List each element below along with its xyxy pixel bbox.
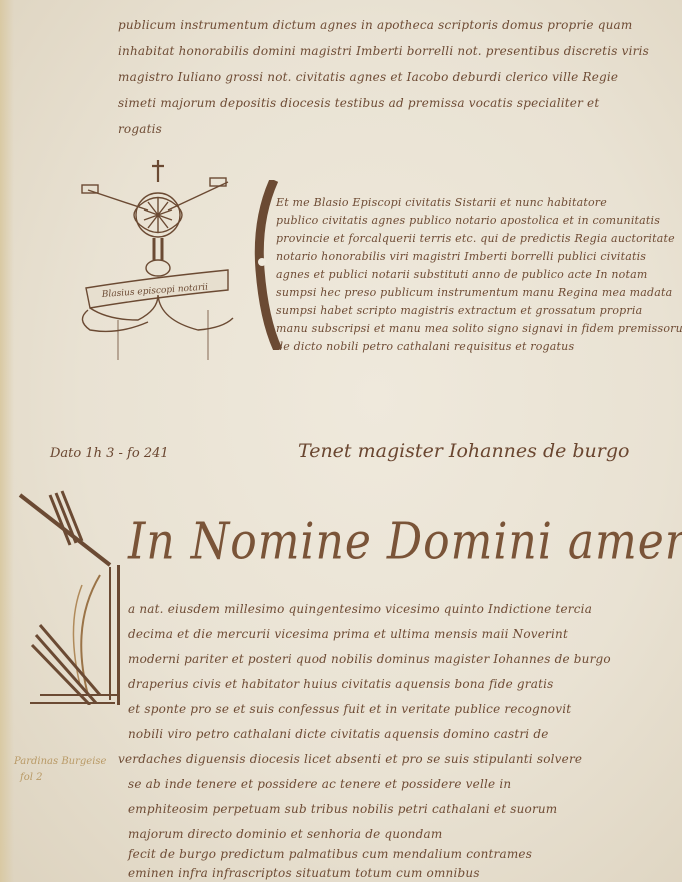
- subscription-line-6: sumpsi hec preso publicum instrumentum m…: [276, 286, 672, 299]
- subscription-line-8: manu subscripsi et manu mea solito signo…: [276, 322, 682, 335]
- subscription-line-2: publico civitatis agnes publico notario …: [276, 214, 660, 227]
- body-line-5: et sponte pro se et suis confessus fuit …: [128, 702, 571, 716]
- notarial-sign-icon: Blasius episcopi notarii: [78, 160, 238, 360]
- top-line-5: rogatis: [118, 122, 162, 136]
- margin-note-line-2: fol 2: [20, 772, 42, 783]
- body-line-2: decima et die mercurii vicesima prima et…: [128, 627, 568, 641]
- entry-heading: Tenet magister Iohannes de burgo: [298, 440, 629, 462]
- body-line-7: verdaches diguensis diocesis licet absen…: [118, 752, 582, 766]
- body-line-11: fecit de burgo predictum palmatibus cum …: [128, 847, 532, 861]
- body-line-4: draperius civis et habitator huius civit…: [128, 677, 554, 691]
- top-line-3: magistro Iuliano grossi not. civitatis a…: [118, 70, 618, 84]
- body-line-8: se ab inde tenere et possidere ac tenere…: [128, 777, 511, 791]
- subscription-line-7: sumpsi habet scripto magistris extractum…: [276, 304, 642, 317]
- margin-note-line-1: Pardinas Burgeise: [14, 756, 106, 767]
- body-line-12: eminen infra infrascriptos situatum totu…: [128, 866, 480, 880]
- body-line-6: nobili viro petro cathalani dicte civita…: [128, 727, 549, 741]
- body-line-9: emphiteosim perpetuam sub tribus nobilis…: [128, 802, 557, 816]
- body-line-3: moderni pariter et posteri quod nobilis …: [128, 652, 611, 666]
- subscription-line-4: notario honorabilis viri magistri Imbert…: [276, 250, 646, 263]
- page-edge-shadow: [0, 0, 14, 882]
- invocation-display-line: In Nomine Domini amen Anno: [128, 512, 682, 571]
- decorated-initial-i-icon: [10, 455, 120, 705]
- top-line-1: publicum instrumentum dictum agnes in ap…: [118, 18, 632, 32]
- subscription-line-1: Et me Blasio Episcopi civitatis Sistarii…: [276, 196, 607, 209]
- subscription-line-9: de dicto nobili petro cathalani requisit…: [276, 340, 574, 353]
- top-line-4: simeti majorum depositis diocesis testib…: [118, 96, 599, 110]
- subscription-line-5: agnes et publici notarii substituti anno…: [276, 268, 647, 281]
- subscription-line-3: provincie et forcalquerii terris etc. qu…: [276, 232, 675, 245]
- body-line-10: majorum directo dominio et senhoria de q…: [128, 827, 442, 841]
- body-line-1: a nat. eiusdem millesimo quingentesimo v…: [128, 602, 592, 616]
- top-line-2: inhabitat honorabilis domini magistri Im…: [118, 44, 649, 58]
